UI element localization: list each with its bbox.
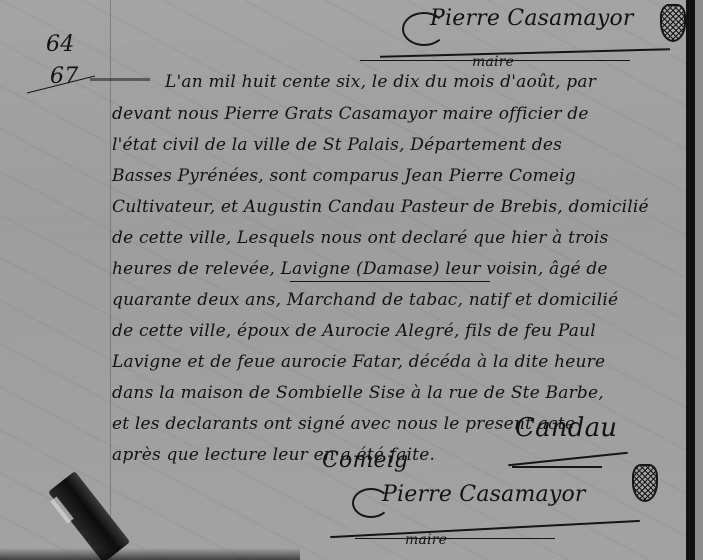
body-line: quarante deux ans, Marchand de tabac, na… (112, 290, 618, 310)
candau-flourish (508, 452, 628, 467)
maire-flourish-2 (355, 538, 555, 539)
name-underline (290, 281, 490, 282)
document-page: 64 67 Pierre Casamayor maire L'an mil hu… (0, 0, 703, 560)
body-line: Cultivateur, et Augustin Candau Pasteur … (112, 197, 649, 217)
body-line: de cette ville, Lesquels nous ont declar… (112, 228, 608, 248)
body-line: de cette ville, époux de Aurocie Alegré,… (112, 321, 596, 341)
margin-rule (110, 0, 111, 560)
header-signature-title: maire (472, 54, 514, 70)
maire-flourish (330, 520, 640, 538)
body-line: Lavigne et de feue aurocie Fatar, décéda… (112, 352, 605, 372)
signature-maire: Pierre Casamayor (382, 482, 586, 507)
margin-number-current: 64 (46, 32, 74, 57)
body-line: devant nous Pierre Grats Casamayor maire… (112, 104, 589, 124)
signature-maire-title: maire (405, 532, 447, 548)
body-line: Basses Pyrénées, sont comparus Jean Pier… (112, 166, 576, 186)
header-signature: Pierre Casamayor (430, 6, 634, 31)
body-line: dans la maison de Sombielle Sise à la ru… (112, 383, 604, 403)
signature-comeig: Comeig (322, 448, 408, 473)
body-line: heures de relevée, Lavigne (Damase) leur… (112, 259, 608, 279)
page-binding-edge (686, 0, 695, 560)
signature-flourish (380, 48, 670, 58)
body-line: l'état civil de la ville de St Palais, D… (112, 135, 562, 155)
body-line: et les declarants ont signé avec nous le… (112, 414, 575, 434)
signature-paraph-icon (660, 4, 686, 42)
signature-paraph-bottom-icon (632, 464, 658, 502)
signature-candau: Candau (515, 413, 617, 443)
ink-smudge (90, 78, 150, 81)
body-line: L'an mil huit cente six, le dix du mois … (165, 72, 596, 92)
bottom-shadow (0, 548, 300, 560)
adjacent-page-edge (695, 0, 703, 560)
candau-flourish-2 (512, 466, 602, 468)
